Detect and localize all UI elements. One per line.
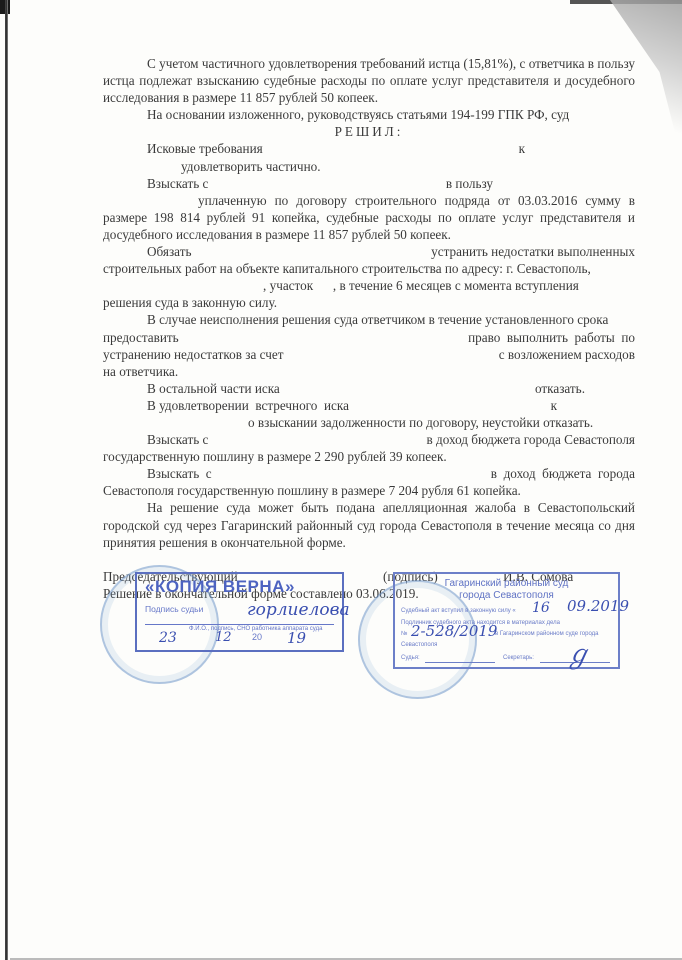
failure-line3: устранению недостатков за счет с возложе…	[103, 346, 635, 363]
secretary-signature: ℊ	[565, 634, 591, 671]
paragraph-costs: С учетом частичного удовлетворения требо…	[103, 55, 635, 106]
oblige-line2: строительных работ на объекте капитально…	[103, 260, 635, 277]
counter-cont: о взыскании задолженности по договору, н…	[103, 414, 635, 431]
counter-line: В удовлетворении встречного иска к	[103, 397, 635, 414]
oblige-line4: решения суда в законную силу.	[103, 294, 635, 311]
copy-certified-stamp: «КОПИЯ ВЕРНА» Подпись судьи Ф.И.О., подп…	[135, 572, 344, 652]
decision-heading: РЕШИЛ:	[103, 123, 635, 140]
court-entry-into-force-stamp: Гагаринский районный суд города Севастоп…	[393, 572, 620, 669]
duty2-line: Взыскать с в доход бюджета города	[103, 465, 635, 482]
handwritten-signature: горлиелова	[247, 600, 350, 620]
recover1-body: уплаченную по договору строительного под…	[103, 192, 635, 243]
court-decision-text: С учетом частичного удовлетворения требо…	[103, 55, 635, 602]
failure-line4: на ответчика.	[103, 363, 635, 380]
scan-left-edge	[5, 0, 8, 960]
oblige-line: Обязать устранить недостатки выполненных	[103, 243, 635, 260]
appeal-paragraph: На решение суда может быть подана апелля…	[103, 499, 635, 550]
duty2-cont: Севастополя государственную пошлину в ра…	[103, 482, 635, 499]
rest-line: В остальной части иска отказать.	[103, 380, 635, 397]
duty1-line: Взыскать с в доход бюджета города Севаст…	[103, 431, 635, 448]
paragraph-basis: На основании изложенного, руководствуясь…	[103, 106, 635, 123]
failure-line2: предоставить право выполнить работы по	[103, 329, 635, 346]
duty1-cont: государственную пошлину в размере 2 290 …	[103, 448, 635, 465]
claims-line: Исковые требования к	[103, 140, 635, 157]
claims-cont: удовлетворить частично.	[103, 158, 635, 175]
oblige-line3: , участок , в течение 6 месяцев с момент…	[103, 277, 635, 294]
failure-line1: В случае неисполнения решения суда ответ…	[103, 311, 635, 328]
recover1-line: Взыскать с в пользу	[103, 175, 635, 192]
